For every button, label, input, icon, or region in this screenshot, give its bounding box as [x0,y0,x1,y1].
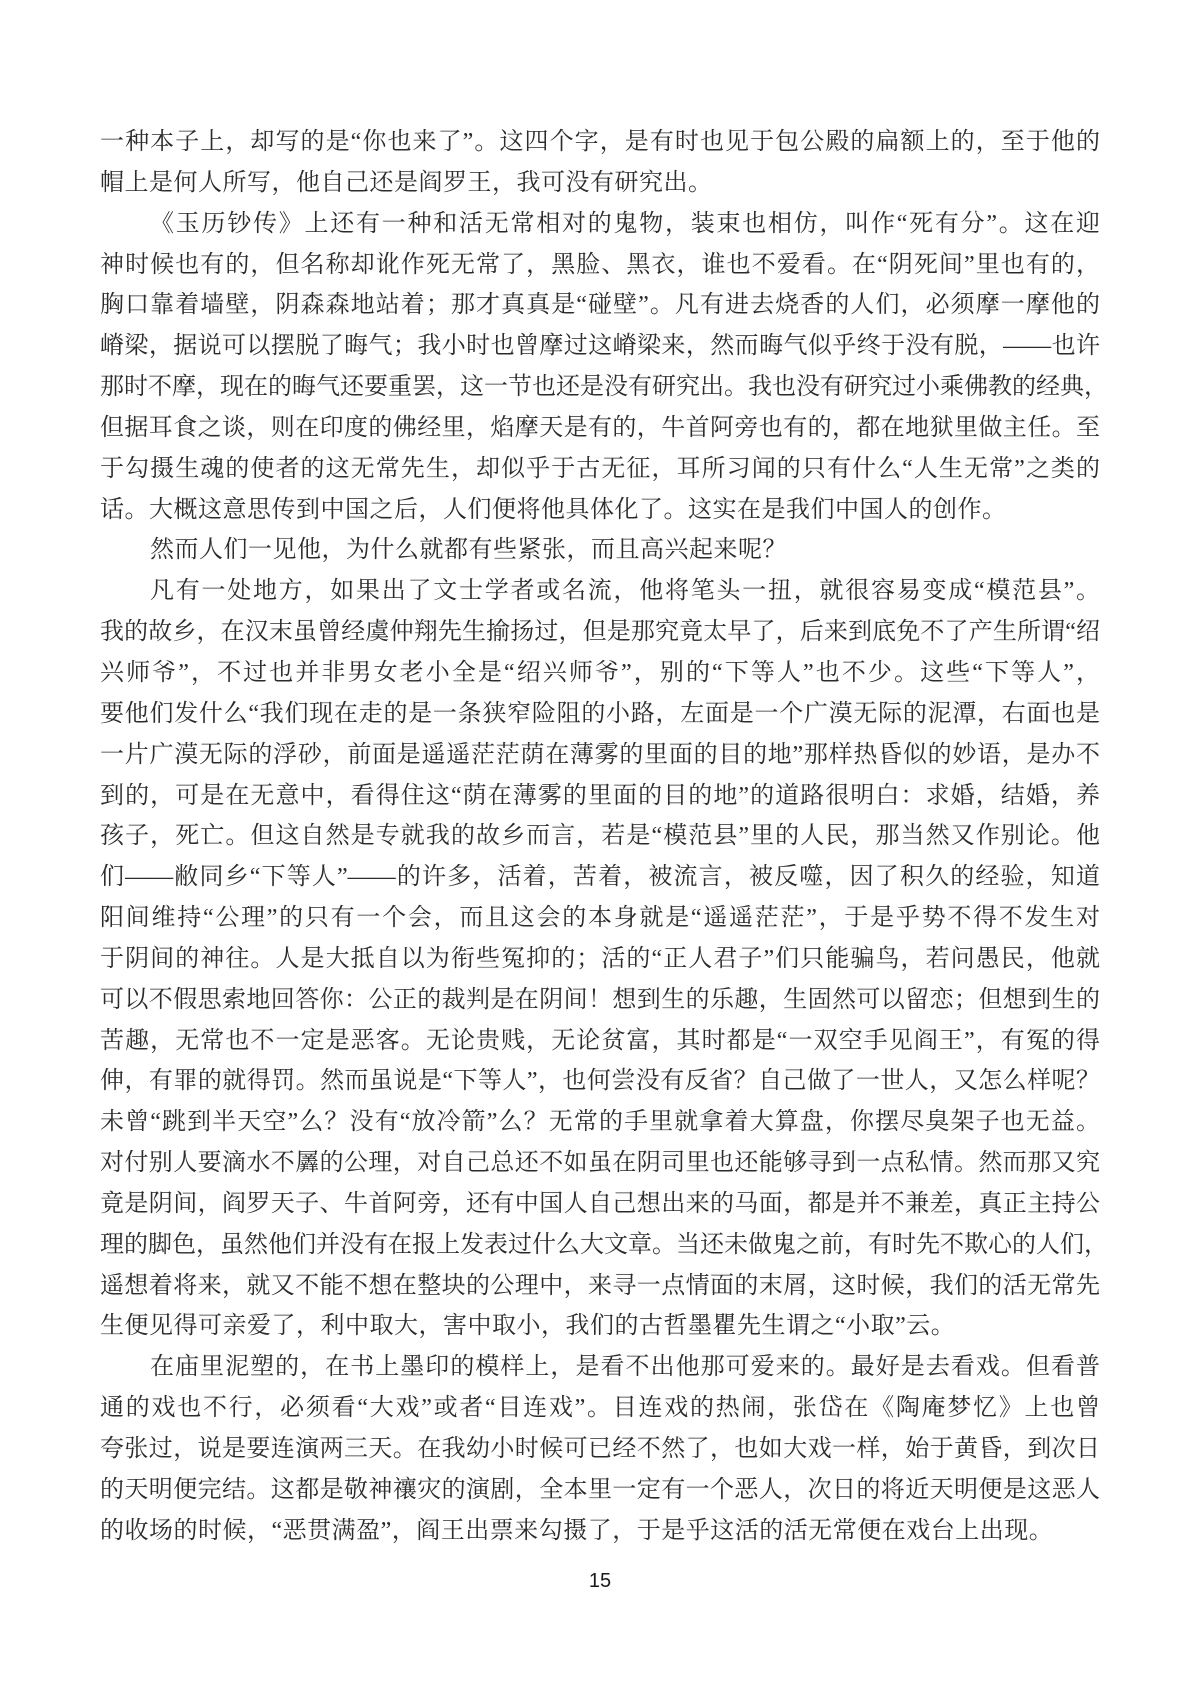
text-line: 理的脚色，虽然他们并没有在报上发表过什么大文章。当还未做鬼之前，有时先不欺心的人… [100,1225,1100,1266]
text-line: 凡有一处地方，如果出了文士学者或名流，他将笔头一扭，就很容易变成“模范县”。 [100,571,1100,612]
text-line: 胸口靠着墙壁，阴森森地站着；那才真真是“碰壁”。凡有进去烧香的人们，必须摩一摩他… [100,285,1100,326]
text-line: 伸，有罪的就得罚。然而虽说是“下等人”，也何尝没有反省？自己做了一世人，又怎么样… [100,1061,1100,1102]
text-line: 兴师爷”，不过也并非男女老小全是“绍兴师爷”，别的“下等人”也不少。这些“下等人… [100,653,1100,694]
text-line: 在庙里泥塑的，在书上墨印的模样上，是看不出他那可爱来的。最好是去看戏。但看普 [100,1347,1100,1388]
text-line: 生便见得可亲爱了，利中取大，害中取小，我们的古哲墨瞿先生谓之“小取”云。 [100,1306,1100,1347]
text-line: 到的，可是在无意中，看得住这“荫在薄雾的里面的目的地”的道路很明白：求婚，结婚，… [100,776,1100,817]
text-line: 对付别人要滴水不羼的公理，对自己总还不如虽在阴司里也还能够寻到一点私情。然而那又… [100,1143,1100,1184]
text-line: 神时候也有的，但名称却讹作死无常了，黑脸、黑衣，谁也不爱看。在“阴死间”里也有的… [100,245,1100,286]
text-line: 我的故乡，在汉末虽曾经虞仲翔先生揄扬过，但是那究竟太早了，后来到底免不了产生所谓… [100,612,1100,653]
text-line: 但据耳食之谈，则在印度的佛经里，焰摩天是有的，牛首阿旁也有的，都在地狱里做主任。… [100,408,1100,449]
text-line: 帽上是何人所写，他自己还是阎罗王，我可没有研究出。 [100,163,1100,204]
text-line: 那时不摩，现在的晦气还要重罢，这一节也还是没有研究出。我也没有研究过小乘佛教的经… [100,367,1100,408]
text-line: 《玉历钞传》上还有一种和活无常相对的鬼物，装束也相仿，叫作“死有分”。这在迎 [100,204,1100,245]
page-number: 15 [0,1568,1200,1594]
text-line: 通的戏也不行，必须看“大戏”或者“目连戏”。目连戏的热闹，张岱在《陶庵梦忆》上也… [100,1388,1100,1429]
text-line: 然而人们一见他，为什么就都有些紧张，而且高兴起来呢？ [100,530,1100,571]
text-line: 一种本子上，却写的是“你也来了”。这四个字，是有时也见于包公殿的扁额上的，至于他… [100,122,1100,163]
text-line: 未曾“跳到半天空”么？没有“放冷箭”么？无常的手里就拿着大算盘，你摆尽臭架子也无… [100,1102,1100,1143]
text-line: 遥想着将来，就又不能不想在整块的公理中，来寻一点情面的末屑，这时候，我们的活无常… [100,1266,1100,1307]
text-line: 可以不假思索地回答你：公正的裁判是在阴间！想到生的乐趣，生固然可以留恋；但想到生… [100,980,1100,1021]
text-line: 竟是阴间，阎罗天子、牛首阿旁，还有中国人自己想出来的马面，都是并不兼差，真正主持… [100,1184,1100,1225]
text-line: 嵴梁，据说可以摆脱了晦气；我小时也曾摩过这嵴梁来，然而晦气似乎终于没有脱，——也… [100,326,1100,367]
text-line: 苦趣，无常也不一定是恶客。无论贵贱，无论贫富，其时都是“一双空手见阎王”，有冤的… [100,1021,1100,1062]
text-line: 孩子，死亡。但这自然是专就我的故乡而言，若是“模范县”里的人民，那当然又作别论。… [100,816,1100,857]
text-block: 一种本子上，却写的是“你也来了”。这四个字，是有时也见于包公殿的扁额上的，至于他… [100,122,1100,1552]
text-line: 于勾摄生魂的使者的这无常先生，却似乎于古无征，耳所习闻的只有什么“人生无常”之类… [100,449,1100,490]
text-line: 夸张过，说是要连演两三天。在我幼小时候可已经不然了，也如大戏一样，始于黄昏，到次… [100,1429,1100,1470]
document-page: 一种本子上，却写的是“你也来了”。这四个字，是有时也见于包公殿的扁额上的，至于他… [0,0,1200,1697]
text-line: 们——敝同乡“下等人”——的许多，活着，苦着，被流言，被反噬，因了积久的经验，知… [100,857,1100,898]
text-line: 话。大概这意思传到中国之后，人们便将他具体化了。这实在是我们中国人的创作。 [100,490,1100,531]
text-line: 的天明便完结。这都是敬神禳灾的演剧，全本里一定有一个恶人，次日的将近天明便是这恶… [100,1470,1100,1511]
text-line: 的收场的时候，“恶贯满盈”，阎王出票来勾摄了，于是乎这活的活无常便在戏台上出现。 [100,1511,1100,1552]
text-line: 一片广漠无际的浮砂，前面是遥遥茫茫荫在薄雾的里面的目的地”那样热昏似的妙语，是办… [100,735,1100,776]
text-line: 阳间维持“公理”的只有一个会，而且这会的本身就是“遥遥茫茫”，于是乎势不得不发生… [100,898,1100,939]
text-line: 于阴间的神往。人是大抵自以为衔些冤抑的；活的“正人君子”们只能骗鸟，若问愚民，他… [100,939,1100,980]
text-line: 要他们发什么“我们现在走的是一条狭窄险阻的小路，左面是一个广漠无际的泥潭，右面也… [100,694,1100,735]
